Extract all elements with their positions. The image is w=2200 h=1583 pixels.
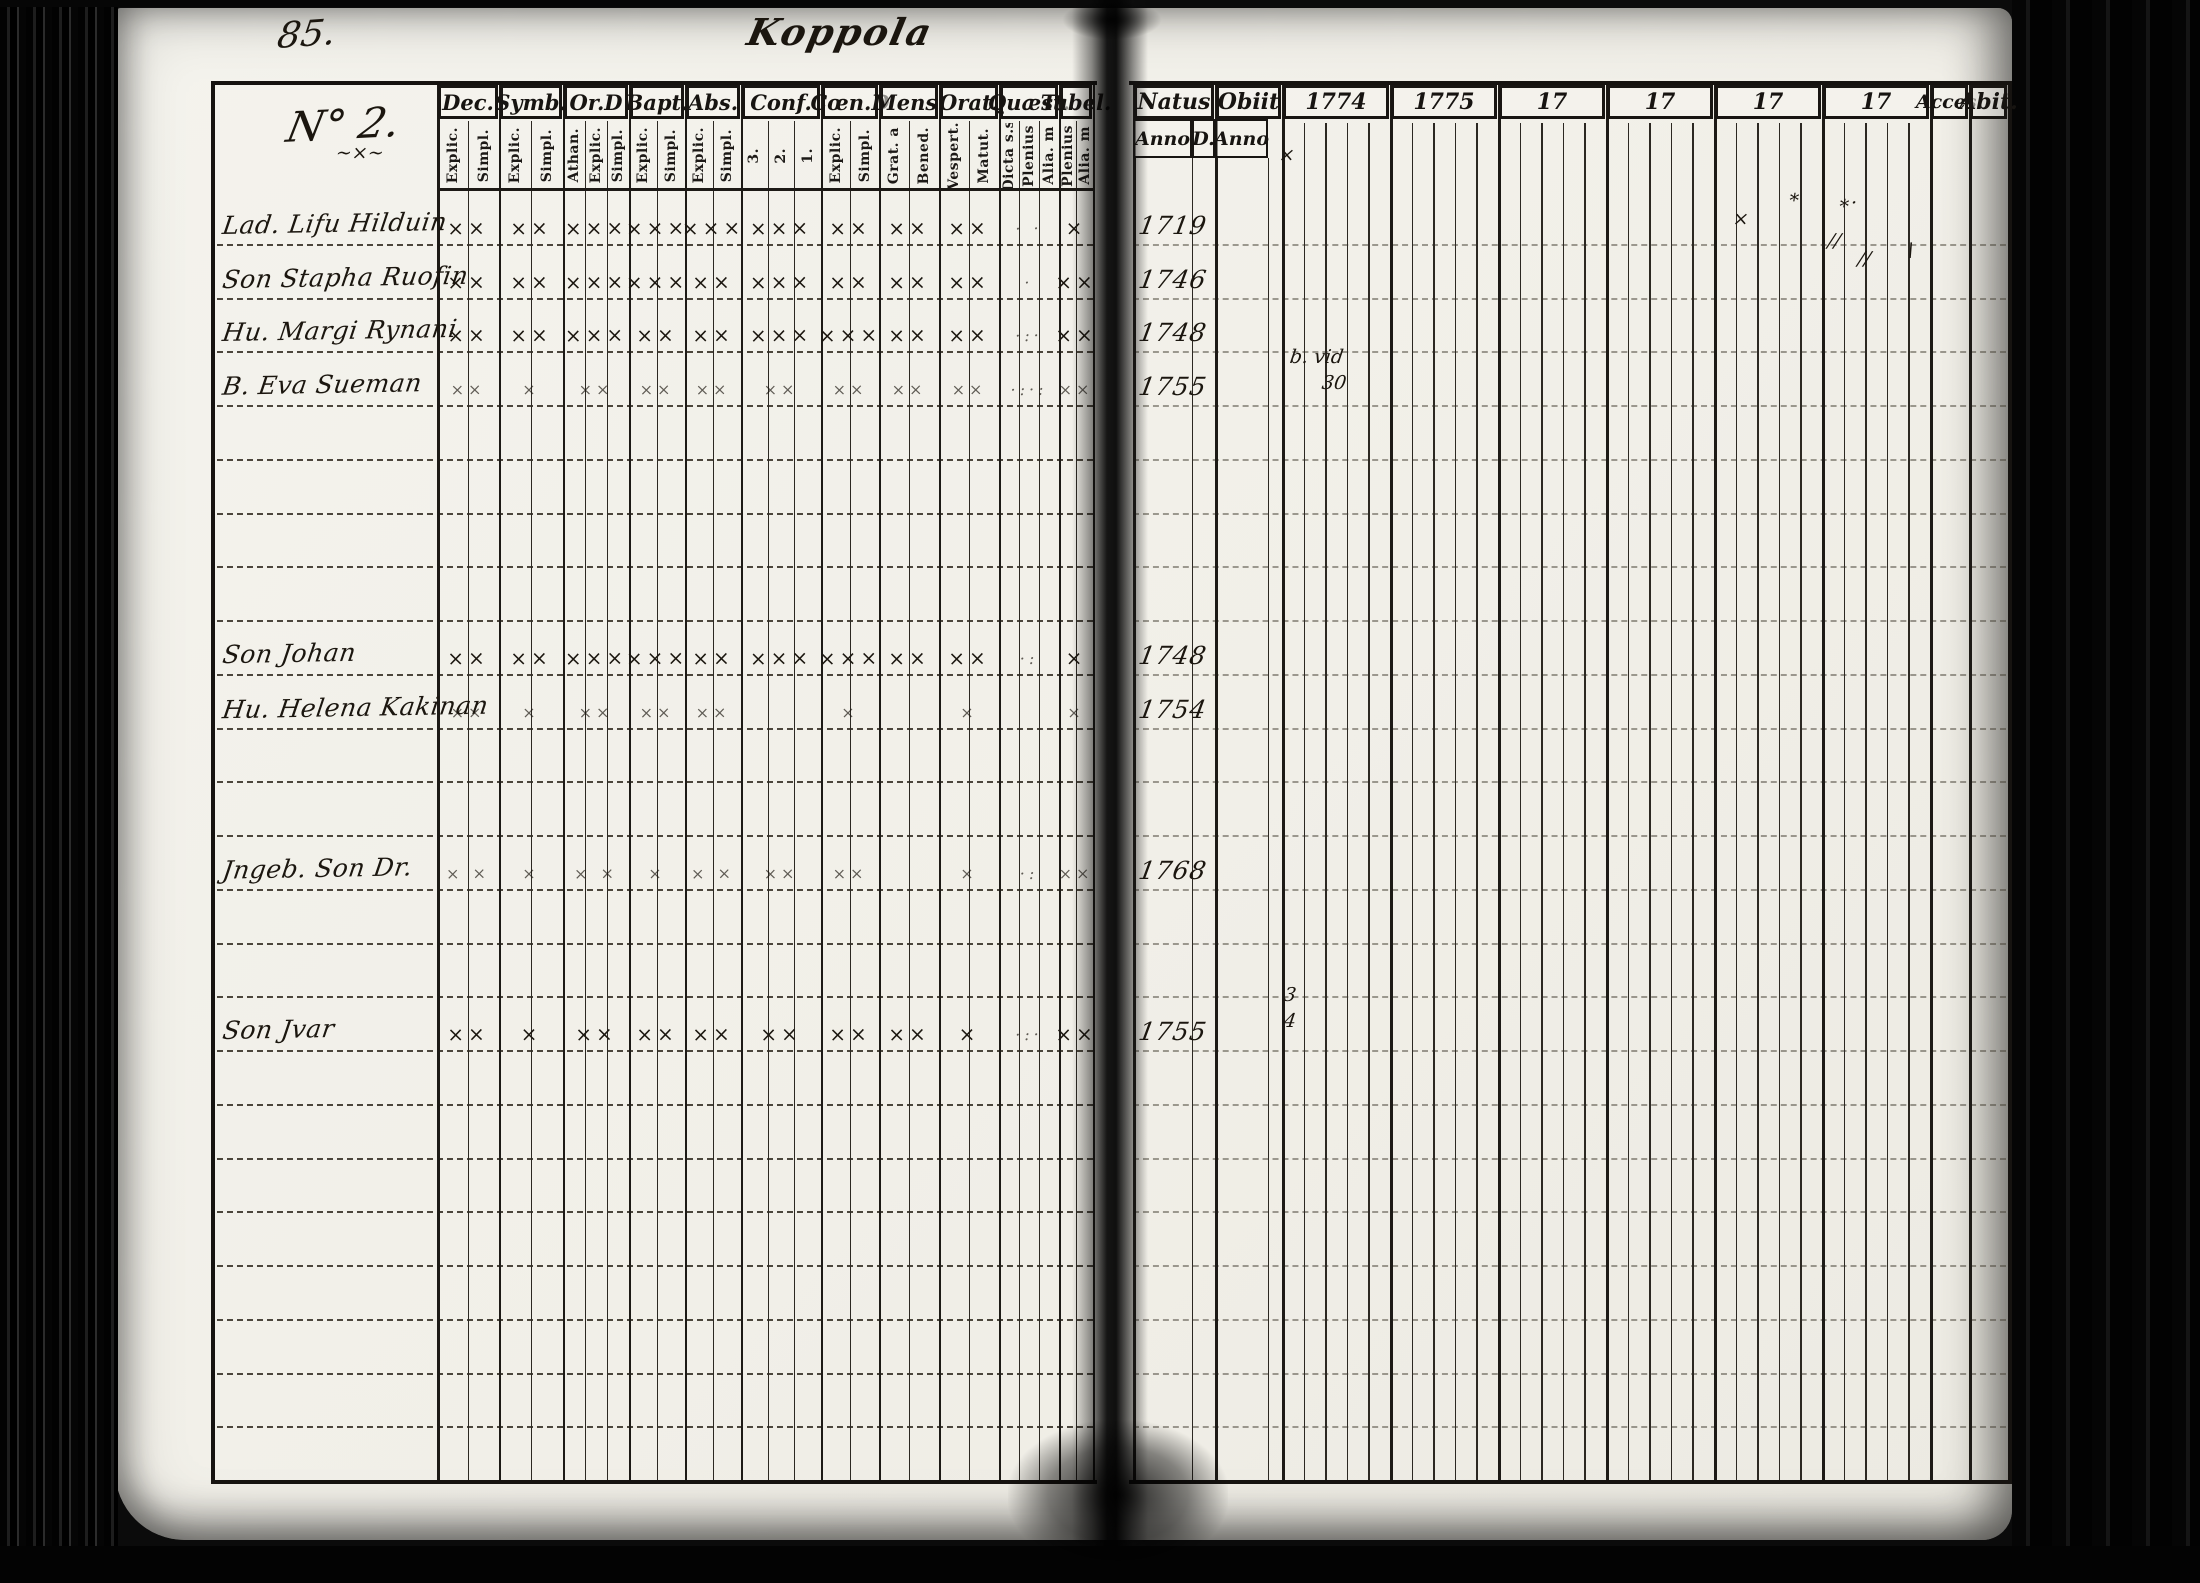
entry-marks: ×× [939,214,999,241]
subcolumn-label: Vespert. [946,123,962,188]
entry-marks: ×× [939,375,999,402]
entry-name: B. Eva Sueman [221,368,424,400]
subcolumn-label: Explic. [445,127,461,183]
entry-marks: ××× [563,214,629,241]
subcolumn-header: Alia. m [1076,123,1093,188]
subcolumn-label: Simpl. [476,129,492,182]
subcolumn-label: Simpl. [610,129,626,182]
entry-natus: 1755 [1136,1017,1209,1046]
entry-marks: ×× [629,322,685,349]
subcolumn-label: Grat. a [886,127,902,184]
entry-marks: ×× [741,1020,821,1047]
entry-marks: ×× [1059,376,1093,403]
annotation-handwriting: × [1277,144,1296,166]
subcolumn-label: Alia. m [1041,126,1057,185]
column-group-label: 17 [1753,89,1784,115]
entry-marks: ×× [821,375,879,402]
subcolumn-label: Simpl. [539,129,555,182]
entry-marks: ×× [629,1021,685,1048]
entry-marks: ×× [821,859,879,886]
entry-marks: · [999,268,1059,295]
entry-marks: ×× [499,268,563,295]
entry-marks: ×× [741,375,821,402]
date-subheader: Anno [1215,119,1268,158]
annotation-handwriting: 30 [1320,372,1347,394]
entry-marks: ×× [685,698,741,725]
column-group-header: Bapt. [630,85,684,119]
subcolumn-label: 1. [800,148,816,164]
right-scan-edge [2012,0,2200,1583]
entry-marks: ×× [1059,322,1093,349]
subcolumn-header: Plenius [1019,123,1039,188]
column-group-label: Mens. [874,90,945,115]
entry-marks: ×× [741,859,821,886]
column-group-label: 1774 [1305,89,1366,115]
date-subheader: D. [1192,119,1215,158]
entry-marks: ×× [685,644,741,671]
entry-natus: 1768 [1136,856,1209,885]
entry-marks: ×× [939,644,999,671]
entry-marks: ×× [437,375,499,402]
entry-natus: 1719 [1136,211,1209,240]
entry-marks: ×× [879,644,939,671]
subcolumn-label: 3. [746,148,762,164]
entry-marks: ×× [685,1021,741,1048]
folio-number: 85. [275,12,339,57]
subcolumn-label: Alia. m [1077,126,1093,185]
subcolumn-header: Grat. a [879,123,909,188]
annotation-handwriting: ∼×∼ [334,142,385,164]
subcolumn-header: Explic. [585,123,607,188]
column-group-header: Obiit [1216,85,1281,119]
entry-marks: × [939,698,999,725]
column-group-label: 17 [1645,89,1676,115]
entry-natus: 1746 [1136,265,1209,294]
entry-marks: ××× [629,214,685,241]
subcolumn-label: Plenius [1060,125,1076,187]
column-group-header: 1775 [1391,85,1497,119]
subcolumn-label: Simpl. [663,129,679,182]
entry-natus: 1748 [1136,318,1209,347]
subcolumn-header: Alia. m [1039,123,1059,188]
entry-marks: ×× [437,268,499,295]
date-subheader: Anno [1133,119,1192,158]
subcolumn-header: Simpl. [531,123,563,188]
subcolumn-label: Athan. [566,128,582,182]
entry-marks: × × [685,859,741,886]
entry-marks: ×× [879,375,939,402]
subcolumn-label: Matut. [976,128,992,184]
subcolumn-header: 1. [794,123,821,188]
entry-name: Hu. Margi Rynani [221,314,460,347]
column-group-label: Abit. [1959,89,2018,115]
subcolumn-label: Simpl. [719,129,735,182]
entry-marks: ×× [563,1020,629,1047]
entry-marks: ·:· [999,1020,1059,1047]
entry-marks: ×× [879,214,939,241]
column-group-label: Natus [1138,89,1211,115]
column-group-header: Cœn.D [822,85,878,119]
entry-marks: × [1059,214,1093,241]
entry-marks: ××× [629,644,685,671]
column-group-label: Or.D [570,90,623,115]
subcolumn-label: Explic. [507,127,523,183]
column-group-label: 1775 [1413,89,1474,115]
subcolumn-header: Simpl. [657,123,685,188]
entry-marks: ×× [1059,1021,1093,1048]
subcolumn-header: Simpl. [607,123,629,188]
subcolumn-header: Plenius [1059,123,1076,188]
column-group-label: Conf. [750,90,812,115]
entry-marks: × × [437,859,499,886]
subcolumn-header: Explic. [821,123,850,188]
subcolumn-header: Simpl. [468,123,499,188]
column-group-label: Abs. [688,90,738,115]
top-scan-edge [0,0,900,7]
entry-marks: ×× [437,644,499,671]
entry-marks: ××× [629,268,685,295]
entry-natus: 1748 [1136,641,1209,670]
entry-natus: 1754 [1136,695,1209,724]
column-group-label: Obiit [1218,89,1279,115]
entry-name: Lad. Lifu Hilduin [221,207,449,240]
entry-marks: ×× [629,698,685,725]
entry-marks: ×× [879,1020,939,1047]
village-title: Koppola [743,10,937,54]
entry-marks: ·: [999,859,1059,886]
entry-marks: ××× [563,268,629,295]
column-group-header: Tabel. [1060,85,1092,119]
entry-marks: ××× [821,644,879,671]
entry-marks: · · [999,214,1059,241]
right-table-frame [1129,81,2012,1484]
entry-name: Son Johan [221,638,358,669]
subcolumn-header: Athan. [563,123,585,188]
entry-marks: ×× [939,322,999,349]
entry-name: Son Jvar [221,1014,337,1045]
entry-marks: ×× [563,698,629,725]
scanned-parish-register-page: 85. Koppola N° 2. Dec.Explic.Simpl.Symb.… [0,0,2200,1583]
entry-marks: ×× [685,268,741,295]
entry-marks: ×× [821,214,879,241]
annotation-handwriting: × [1731,208,1750,230]
entry-marks: ××× [741,322,821,349]
entry-marks: ×× [629,376,685,403]
entry-marks: ××× [741,644,821,671]
column-group-header: Mens. [880,85,938,119]
entry-marks: ×× [437,1020,499,1047]
subcolumn-label: Explic. [828,127,844,183]
subcolumn-header: Dicta s.s [999,123,1019,188]
annotation-handwriting: ∗· [1836,192,1858,214]
subcolumn-header: Matut. [969,123,999,188]
entry-marks: ×× [437,322,499,349]
entry-marks: ×× [499,214,563,241]
subcolumn-header: Explic. [437,123,468,188]
subcolumn-label: Bened. [916,127,932,185]
bottom-scan-edge [0,1546,2200,1583]
subcolumn-header: Vespert. [939,123,969,188]
entry-name: Son Stapha Ruofin [221,260,471,293]
entry-marks: ×× [1059,268,1093,295]
entry-marks: × [939,859,999,886]
entry-marks: × [1059,698,1093,725]
column-group-label: Bapt. [625,90,688,115]
entry-marks: ×× [821,268,879,295]
column-group-label: 17 [1537,89,1568,115]
column-group-header: Abit. [1970,85,2007,119]
book-binding-edge [0,0,118,1583]
annotation-handwriting: b. vid [1288,346,1344,368]
entry-marks: × [499,1020,563,1047]
column-group-header: 1774 [1283,85,1389,119]
entry-marks: ×× [821,1020,879,1047]
column-group-header: Symb. [500,85,562,119]
entry-marks: ×× [1059,859,1093,886]
subcolumn-header: 2. [768,123,795,188]
entry-marks: ·: [999,644,1059,671]
entry-marks: × [939,1020,999,1047]
entry-marks: ×× [685,322,741,349]
entry-marks: ×× [563,375,629,402]
entry-marks: ·:· [999,322,1059,349]
subcolumn-header: Explic. [685,123,713,188]
subcolumn-label: Plenius [1021,125,1037,187]
entry-marks: ×× [685,376,741,403]
subcolumn-label: Dicta s.s [1001,123,1017,188]
subcolumn-label: Simpl. [857,129,873,182]
subcolumn-label: Explic. [635,127,651,183]
column-group-header: 17 [1715,85,1821,119]
column-group-label: Tabel. [1041,90,1112,115]
entry-marks: × [821,698,879,725]
column-group-label: 17 [1861,89,1892,115]
entry-natus: 1755 [1136,372,1209,401]
column-group-header: Or.D [564,85,628,119]
column-group-label: Symb. [495,90,567,115]
entry-marks: × [499,375,563,402]
column-group-header: Natus [1134,85,1214,119]
entry-marks: ×× [879,322,939,349]
subcolumn-header: Explic. [499,123,531,188]
subcolumn-label: 2. [773,148,789,164]
entry-marks: ××× [563,644,629,671]
subcolumn-header: Bened. [909,123,939,188]
entry-marks: × [1059,644,1093,671]
subcolumn-label: Explic. [691,127,707,183]
subcolumn-label: Explic. [588,127,604,183]
entry-marks: ×× [437,698,499,725]
entry-name: Jngeb. Son Dr. [221,852,415,884]
entry-marks: ×× [939,268,999,295]
column-group-header: 17 [1499,85,1605,119]
entry-marks: ×× [499,644,563,671]
subcolumn-header: Simpl. [850,123,879,188]
column-group-header: Dec. [438,85,498,119]
subcolumn-header: 3. [741,123,768,188]
entry-marks: ×× [879,268,939,295]
entry-marks: × [629,859,685,886]
entry-marks: × [499,859,563,886]
column-group-label: Dec. [442,90,494,115]
entry-marks: ×× [437,214,499,241]
column-group-header: 17 [1823,85,1929,119]
entry-marks: ××× [821,322,879,349]
entry-marks: × [499,698,563,725]
column-group-header: 17 [1607,85,1713,119]
entry-marks: ××× [741,214,821,241]
entry-marks: ·:·: [999,375,1059,402]
subcolumn-header: Explic. [629,123,657,188]
entry-marks: × × [563,859,629,886]
column-group-header: Conf. [742,85,820,119]
entry-marks: ××× [563,322,629,349]
column-group-header: Abs. [686,85,740,119]
entry-marks: ××× [741,268,821,295]
subcolumn-header: Simpl. [713,123,741,188]
entry-marks: ×× [499,322,563,349]
entry-marks: ××× [685,214,741,241]
